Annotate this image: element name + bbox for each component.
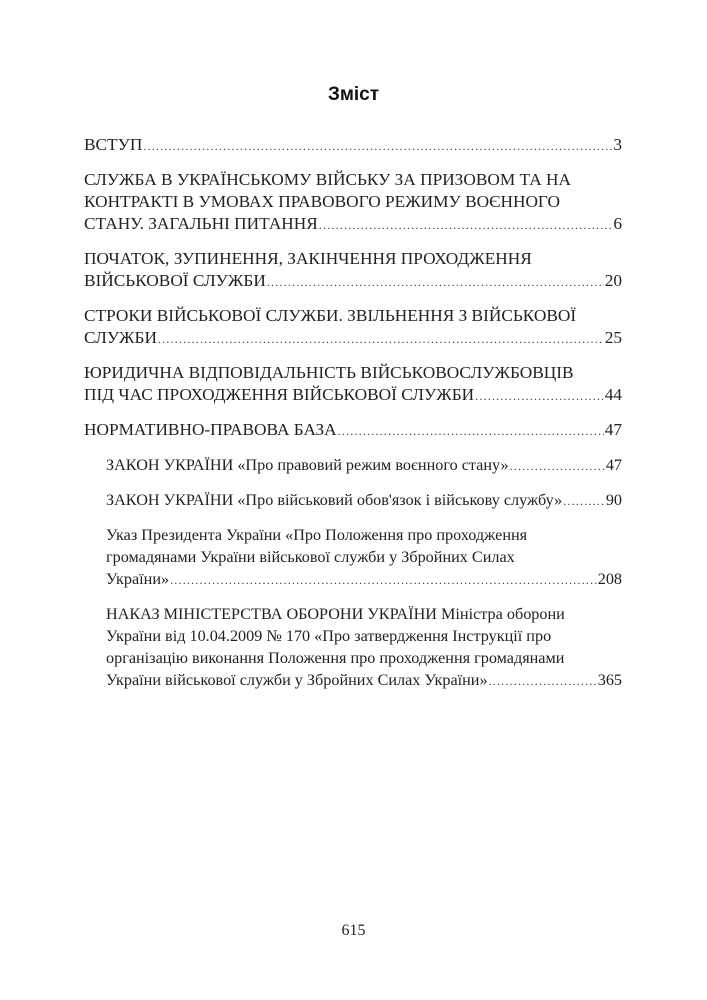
toc-subentry[interactable]: ЗАКОН УКРАЇНИ «Про правовий режим воєнно…	[106, 454, 622, 477]
toc-page-number: 47	[606, 454, 622, 476]
toc-page-number: 365	[598, 669, 622, 691]
toc-entry-text-line: НАКАЗ МІНІСТЕРСТВА ОБОРОНИ УКРАЇНИ Мініс…	[106, 603, 622, 625]
toc-entry[interactable]: НОРМАТИВНО-ПРАВОВА БАЗА47	[84, 419, 622, 442]
toc-page-number: 90	[606, 489, 622, 511]
toc-page-number: 20	[605, 270, 622, 292]
toc-entry-text-line: СТРОКИ ВІЙСЬКОВОЇ СЛУЖБИ. ЗВІЛЬНЕННЯ З В…	[84, 305, 622, 327]
toc-entry-text-line: ЮРИДИЧНА ВІДПОВІДАЛЬНІСТЬ ВІЙСЬКОВОСЛУЖБ…	[84, 362, 622, 384]
toc-subentry[interactable]: ЗАКОН УКРАЇНИ «Про військовий обов'язок …	[106, 489, 622, 512]
page-title: Зміст	[0, 84, 707, 106]
toc-entry-last-line: НОРМАТИВНО-ПРАВОВА БАЗА47	[84, 419, 622, 442]
toc-entry-text-line: організацію виконання Положення про прох…	[106, 647, 622, 669]
toc-entry[interactable]: ВСТУП3	[84, 134, 622, 157]
toc-entry-text: ЗАКОН УКРАЇНИ «Про військовий обов'язок …	[106, 489, 562, 511]
toc-page-number: 6	[613, 213, 622, 235]
dot-leader	[563, 490, 605, 512]
toc-entry-text: ВСТУП	[84, 134, 142, 156]
toc-entry-text: України військової служби у Збройних Сил…	[106, 669, 488, 691]
toc-entry-last-line: ВСТУП3	[84, 134, 622, 157]
dot-leader	[158, 328, 604, 350]
toc-entry-text: СТАНУ. ЗАГАЛЬНІ ПИТАННЯ	[84, 213, 318, 235]
toc-entry[interactable]: ЮРИДИЧНА ВІДПОВІДАЛЬНІСТЬ ВІЙСЬКОВОСЛУЖБ…	[84, 362, 622, 407]
dot-leader	[319, 214, 613, 236]
toc-subentry[interactable]: НАКАЗ МІНІСТЕРСТВА ОБОРОНИ УКРАЇНИ Мініс…	[106, 603, 622, 692]
toc-entry-last-line: СЛУЖБИ25	[84, 327, 622, 350]
dot-leader	[170, 569, 597, 591]
toc-subentry[interactable]: Указ Президента України «Про Положення п…	[106, 524, 622, 591]
toc-entry-last-line: ЗАКОН УКРАЇНИ «Про військовий обов'язок …	[106, 489, 622, 512]
toc-entry-text: ВІЙСЬКОВОЇ СЛУЖБИ	[84, 270, 266, 292]
toc-entry-text: ПІД ЧАС ПРОХОДЖЕННЯ ВІЙСЬКОВОЇ СЛУЖБИ	[84, 384, 474, 406]
toc-page-number: 47	[605, 419, 622, 441]
toc-entry[interactable]: СЛУЖБА В УКРАЇНСЬКОМУ ВІЙСЬКУ ЗА ПРИЗОВО…	[84, 169, 622, 236]
toc-page-number: 25	[605, 327, 622, 349]
toc-entry-text: СЛУЖБИ	[84, 327, 157, 349]
dot-leader	[143, 135, 612, 157]
toc-entry-text-line: КОНТРАКТІ В УМОВАХ ПРАВОВОГО РЕЖИМУ ВОЄН…	[84, 191, 622, 213]
toc-entry-text-line: України від 10.04.2009 № 170 «Про затвер…	[106, 625, 622, 647]
toc-entry-last-line: України військової служби у Збройних Сил…	[106, 669, 622, 692]
toc-entry-text: НОРМАТИВНО-ПРАВОВА БАЗА	[84, 419, 337, 441]
toc-entry-last-line: України»208	[106, 568, 622, 591]
toc-entry-last-line: ВІЙСЬКОВОЇ СЛУЖБИ20	[84, 270, 622, 293]
toc-entry-text-line: Указ Президента України «Про Положення п…	[106, 524, 622, 546]
dot-leader	[510, 455, 605, 477]
dot-leader	[267, 271, 604, 293]
toc-entry-text-line: ПОЧАТОК, ЗУПИНЕННЯ, ЗАКІНЧЕННЯ ПРОХОДЖЕН…	[84, 248, 622, 270]
toc-entry-text-line: громадянами України військової служби у …	[106, 546, 622, 568]
toc-page-number: 44	[605, 384, 622, 406]
toc-page-number: 3	[613, 134, 622, 156]
toc-entry-last-line: СТАНУ. ЗАГАЛЬНІ ПИТАННЯ6	[84, 213, 622, 236]
dot-leader	[475, 385, 604, 407]
toc-entry[interactable]: СТРОКИ ВІЙСЬКОВОЇ СЛУЖБИ. ЗВІЛЬНЕННЯ З В…	[84, 305, 622, 350]
toc-entry-text-line: СЛУЖБА В УКРАЇНСЬКОМУ ВІЙСЬКУ ЗА ПРИЗОВО…	[84, 169, 622, 191]
toc-entry-last-line: ПІД ЧАС ПРОХОДЖЕННЯ ВІЙСЬКОВОЇ СЛУЖБИ44	[84, 384, 622, 407]
toc-page-number: 208	[598, 568, 622, 590]
dot-leader	[489, 670, 597, 692]
dot-leader	[338, 420, 604, 442]
toc-entry[interactable]: ПОЧАТОК, ЗУПИНЕННЯ, ЗАКІНЧЕННЯ ПРОХОДЖЕН…	[84, 248, 622, 293]
page-number: 615	[0, 922, 707, 940]
toc-entry-last-line: ЗАКОН УКРАЇНИ «Про правовий режим воєнно…	[106, 454, 622, 477]
toc-entry-text: ЗАКОН УКРАЇНИ «Про правовий режим воєнно…	[106, 454, 509, 476]
table-of-contents: ВСТУП3СЛУЖБА В УКРАЇНСЬКОМУ ВІЙСЬКУ ЗА П…	[84, 134, 622, 704]
toc-entry-text: України»	[106, 568, 169, 590]
